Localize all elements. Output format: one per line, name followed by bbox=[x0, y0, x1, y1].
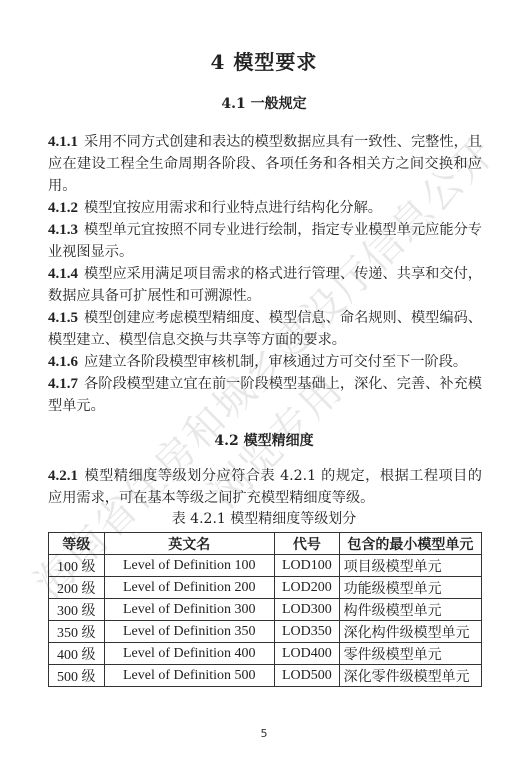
section-title-4-1: 4.1 一般规定 bbox=[0, 93, 528, 113]
clause-number: 4.1.4 bbox=[48, 266, 78, 282]
cell-english-name: Level of Definition 100 bbox=[104, 555, 275, 577]
clause-4-1-7: 4.1.7各阶段模型建立宜在前一阶段模型基础上，深化、完善、补充模型单元。 bbox=[48, 373, 482, 417]
clause-number: 4.1.1 bbox=[48, 134, 78, 150]
clause-4-1-2: 4.1.2模型宜按应用需求和行业特点进行结构化分解。 bbox=[48, 197, 482, 219]
section-title-4-2: 4.2 模型精细度 bbox=[0, 430, 528, 450]
cell-min-unit: 深化构件级模型单元 bbox=[339, 621, 481, 643]
clause-text: 模型创建应考虑模型精细度、模型信息、命名规则、模型编码、模型建立、模型信息交换与… bbox=[48, 310, 482, 348]
clause-number: 4.1.6 bbox=[48, 354, 78, 370]
lod-table: 等级 英文名 代号 包含的最小模型单元 100 级 Level of Defin… bbox=[48, 532, 482, 687]
header-code: 代号 bbox=[275, 533, 340, 555]
cell-code: LOD200 bbox=[275, 577, 340, 599]
table-header-row: 等级 英文名 代号 包含的最小模型单元 bbox=[49, 533, 482, 555]
header-min-unit: 包含的最小模型单元 bbox=[339, 533, 481, 555]
clause-number: 4.1.5 bbox=[48, 310, 78, 326]
cell-min-unit: 深化零件级模型单元 bbox=[339, 665, 481, 687]
cell-grade: 400 级 bbox=[49, 643, 105, 665]
clause-text: 应建立各阶段模型审核机制，审核通过方可交付至下一阶段。 bbox=[84, 354, 467, 370]
table-row: 400 级 Level of Definition 400 LOD400 零件级… bbox=[49, 643, 482, 665]
document-page: 海南省住房和城乡建设厅信息公开 浏览专用 4 模型要求 4.1 一般规定 4.1… bbox=[0, 0, 528, 767]
cell-code: LOD100 bbox=[275, 555, 340, 577]
table-row: 500 级 Level of Definition 500 LOD500 深化零… bbox=[49, 665, 482, 687]
clause-text: 各阶段模型建立宜在前一阶段模型基础上，深化、完善、补充模型单元。 bbox=[48, 376, 482, 414]
clause-number: 4.1.7 bbox=[48, 376, 78, 392]
clause-4-2-1: 4.2.1模型精细度等级划分应符合表 4.2.1 的规定，根据工程项目的应用需求… bbox=[48, 465, 482, 509]
clause-4-1-1: 4.1.1采用不同方式创建和表达的模型数据应具有一致性、完整性，且应在建设工程全… bbox=[48, 131, 482, 197]
table-row: 350 级 Level of Definition 350 LOD350 深化构… bbox=[49, 621, 482, 643]
section-4-1-body: 4.1.1采用不同方式创建和表达的模型数据应具有一致性、完整性，且应在建设工程全… bbox=[48, 131, 482, 417]
clause-text: 模型单元宜按照不同专业进行绘制，指定专业模型单元应能分专业视图显示。 bbox=[48, 222, 482, 260]
clause-4-1-5: 4.1.5模型创建应考虑模型精细度、模型信息、命名规则、模型编码、模型建立、模型… bbox=[48, 307, 482, 351]
section-4-2-body: 4.2.1模型精细度等级划分应符合表 4.2.1 的规定，根据工程项目的应用需求… bbox=[48, 465, 482, 509]
table-caption: 表 4.2.1 模型精细度等级划分 bbox=[0, 508, 528, 528]
header-grade: 等级 bbox=[49, 533, 105, 555]
clause-text: 模型精细度等级划分应符合表 4.2.1 的规定，根据工程项目的应用需求，可在基本… bbox=[48, 468, 482, 506]
cell-grade: 350 级 bbox=[49, 621, 105, 643]
table-row: 200 级 Level of Definition 200 LOD200 功能级… bbox=[49, 577, 482, 599]
table-row: 100 级 Level of Definition 100 LOD100 项目级… bbox=[49, 555, 482, 577]
cell-min-unit: 功能级模型单元 bbox=[339, 577, 481, 599]
chapter-title: 4 模型要求 bbox=[0, 46, 528, 75]
cell-code: LOD350 bbox=[275, 621, 340, 643]
cell-code: LOD300 bbox=[275, 599, 340, 621]
clause-4-1-4: 4.1.4模型应采用满足项目需求的格式进行管理、传递、共享和交付，数据应具备可扩… bbox=[48, 263, 482, 307]
cell-min-unit: 构件级模型单元 bbox=[339, 599, 481, 621]
cell-english-name: Level of Definition 400 bbox=[104, 643, 275, 665]
header-english-name: 英文名 bbox=[104, 533, 275, 555]
clause-text: 模型宜按应用需求和行业特点进行结构化分解。 bbox=[84, 200, 382, 216]
cell-english-name: Level of Definition 350 bbox=[104, 621, 275, 643]
clause-4-1-6: 4.1.6应建立各阶段模型审核机制，审核通过方可交付至下一阶段。 bbox=[48, 351, 482, 373]
page-number: 5 bbox=[0, 727, 528, 740]
cell-english-name: Level of Definition 300 bbox=[104, 599, 275, 621]
cell-grade: 100 级 bbox=[49, 555, 105, 577]
clause-text: 采用不同方式创建和表达的模型数据应具有一致性、完整性，且应在建设工程全生命周期各… bbox=[48, 134, 482, 194]
clause-number: 4.1.3 bbox=[48, 222, 78, 238]
cell-english-name: Level of Definition 200 bbox=[104, 577, 275, 599]
table-row: 300 级 Level of Definition 300 LOD300 构件级… bbox=[49, 599, 482, 621]
clause-number: 4.1.2 bbox=[48, 200, 78, 216]
cell-grade: 300 级 bbox=[49, 599, 105, 621]
cell-code: LOD500 bbox=[275, 665, 340, 687]
cell-min-unit: 零件级模型单元 bbox=[339, 643, 481, 665]
cell-min-unit: 项目级模型单元 bbox=[339, 555, 481, 577]
clause-4-1-3: 4.1.3模型单元宜按照不同专业进行绘制，指定专业模型单元应能分专业视图显示。 bbox=[48, 219, 482, 263]
clause-text: 模型应采用满足项目需求的格式进行管理、传递、共享和交付，数据应具备可扩展性和可溯… bbox=[48, 266, 482, 304]
cell-grade: 200 级 bbox=[49, 577, 105, 599]
clause-number: 4.2.1 bbox=[48, 468, 78, 484]
cell-code: LOD400 bbox=[275, 643, 340, 665]
cell-english-name: Level of Definition 500 bbox=[104, 665, 275, 687]
cell-grade: 500 级 bbox=[49, 665, 105, 687]
